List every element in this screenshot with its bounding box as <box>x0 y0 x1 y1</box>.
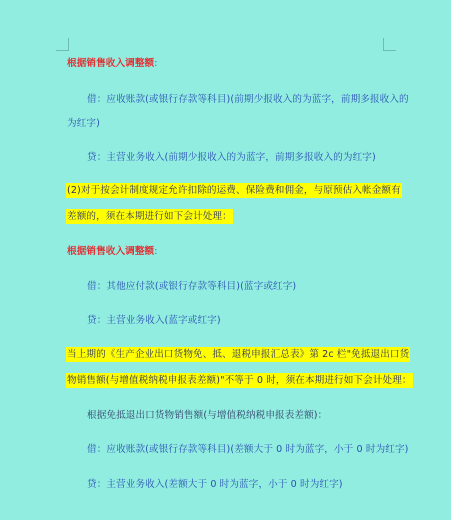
highlighted-paragraph-line: 物销售额(与增值税纳税申报表差额)"不等于 0 时，须在本期进行如下会计处理： <box>66 374 413 387</box>
heading-text: 根据销售收入调整额 <box>67 58 154 69</box>
highlighted-text: 当上期的《生产企业出口货物免、抵、退税申报汇总表》第 2c 栏"免抵退出口货 <box>66 347 410 362</box>
section-heading: 根据销售收入调整额: <box>67 57 158 70</box>
debit-entry-continuation: 为红字) <box>67 117 100 130</box>
credit-entry-line: 贷：主营业务收入(前期少报收入的为蓝字，前期多报收入的为红字) <box>87 151 376 164</box>
highlighted-text: (2)对于按会计制度规定允许扣除的运费、保险费和佣金，与原预估入帐金额有 <box>66 183 402 198</box>
highlighted-paragraph-line: 差额的，须在本期进行如下会计处理： <box>66 210 233 223</box>
heading-colon: : <box>154 58 157 69</box>
debit-entry-line: 借：应收账款(或银行存款等科目)(前期少报收入的为蓝字，前期多报收入的 <box>87 93 409 106</box>
highlighted-text: 差额的，须在本期进行如下会计处理： <box>66 209 233 224</box>
section-heading: 根据销售收入调整额: <box>67 245 158 258</box>
basis-line: 根据免抵退出口货物销售额(与增值税纳税申报表差额)： <box>87 409 327 422</box>
highlighted-text: 物销售额(与增值税纳税申报表差额)"不等于 0 时，须在本期进行如下会计处理： <box>66 373 413 388</box>
debit-entry-line: 借：其他应付款(或银行存款等科目)(蓝字或红字) <box>87 280 296 293</box>
credit-entry-line: 贷：主营业务收入(差额大于 0 时为蓝字，小于 0 时为红字) <box>87 478 343 491</box>
page-corner-mark-top-left <box>56 38 69 51</box>
heading-colon: : <box>154 246 157 257</box>
debit-entry-line: 借：应收账款(或银行存款等科目)(差额大于 0 时为蓝字，小于 0 时为红字) <box>87 443 409 456</box>
page-corner-mark-top-right <box>383 38 396 51</box>
highlighted-paragraph-line: (2)对于按会计制度规定允许扣除的运费、保险费和佣金，与原预估入帐金额有 <box>66 184 402 197</box>
credit-entry-line: 贷：主营业务收入(蓝字或红字) <box>87 314 221 327</box>
highlighted-paragraph-line: 当上期的《生产企业出口货物免、抵、退税申报汇总表》第 2c 栏"免抵退出口货 <box>66 348 410 361</box>
heading-text: 根据销售收入调整额 <box>67 246 154 257</box>
